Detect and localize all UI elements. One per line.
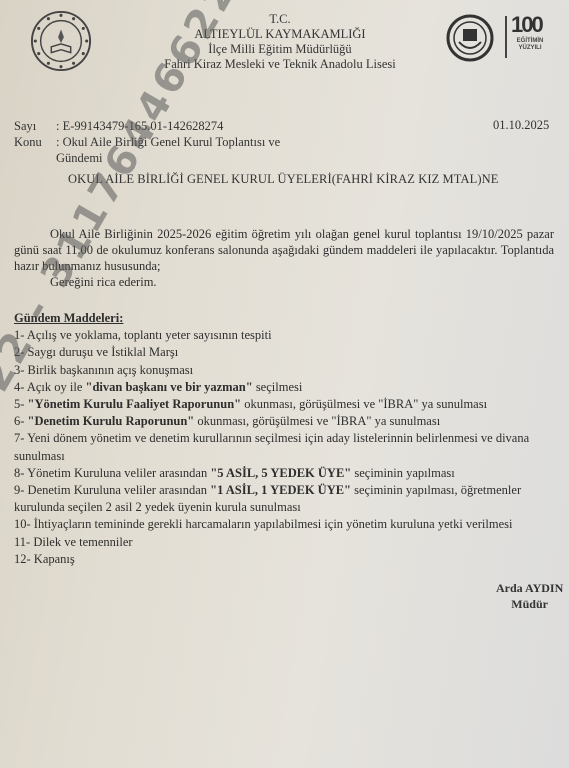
agenda-item: 9- Denetim Kuruluna veliler arasından "1… [14, 482, 559, 516]
agenda-item: 11- Dilek ve temenniler [14, 534, 559, 551]
agenda-list: Gündem Maddeleri: 1- Açılış ve yoklama, … [14, 310, 559, 568]
body-paragraph: Okul Aile Birliğinin 2025-2026 eğitim öğ… [14, 226, 554, 274]
logo-100-number: 100 [511, 12, 542, 38]
letter-date: 01.10.2025 [493, 118, 549, 133]
agenda-item: 7- Yeni dönem yönetim ve denetim kurulla… [14, 430, 559, 464]
agenda-item: 3- Birlik başkanının açış konuşması [14, 362, 559, 379]
official-letter: T.C. ALTIEYLÜL KAYMAKAMLIĞI İlçe Milli E… [0, 0, 569, 768]
okul-aile-birligi-emblem-icon [446, 14, 494, 62]
konu-label: Konu [14, 134, 56, 166]
agenda-item: 12- Kapanış [14, 551, 559, 568]
agenda-item: 1- Açılış ve yoklama, toplantı yeter say… [14, 327, 559, 344]
signatory-name: Arda AYDIN [496, 580, 563, 596]
letterhead: T.C. ALTIEYLÜL KAYMAKAMLIĞI İlçe Milli E… [130, 12, 430, 72]
egitimin-yuzyili-logo: 100 EĞİTİMİN YÜZYILI [505, 12, 553, 62]
sayi-value: : E-99143479-165.01-142628274 [56, 118, 326, 134]
signature-block: Arda AYDIN Müdür [496, 580, 563, 612]
agenda-item: 6- "Denetim Kurulu Raporunun" okunması, … [14, 413, 559, 430]
agenda-item: 2- Saygı duruşu ve İstiklal Marşı [14, 344, 559, 361]
agenda-item: 5- "Yönetim Kurulu Faaliyet Raporunun" o… [14, 396, 559, 413]
letterhead-mudurluk: İlçe Milli Eğitim Müdürlüğü [130, 42, 430, 57]
agenda-item: 10- İhtiyaçların temininde gerekli harca… [14, 516, 559, 533]
body-closing: Gereğini rica ederim. [14, 274, 554, 290]
sayi-label: Sayı [14, 118, 56, 134]
signatory-title: Müdür [496, 596, 563, 612]
letter-meta: Sayı : E-99143479-165.01-142628274 Konu … [14, 118, 326, 166]
recipient-line: OKUL AİLE BİRLİĞİ GENEL KURUL ÜYELERİ(FA… [68, 172, 499, 187]
agenda-item: 8- Yönetim Kuruluna veliler arasından "5… [14, 465, 559, 482]
letterhead-school: Fahri Kiraz Mesleki ve Teknik Anadolu Li… [130, 57, 430, 72]
konu-value: : Okul Aile Birliği Genel Kurul Toplantı… [56, 134, 326, 166]
letterhead-tc: T.C. [130, 12, 430, 27]
meb-emblem-icon [30, 10, 92, 72]
agenda-title: Gündem Maddeleri: [14, 310, 559, 327]
letter-body: Okul Aile Birliğinin 2025-2026 eğitim öğ… [14, 226, 554, 290]
letterhead-kaymakamlik: ALTIEYLÜL KAYMAKAMLIĞI [130, 27, 430, 42]
logo-100-caption: EĞİTİMİN YÜZYILI [513, 38, 547, 52]
agenda-item: 4- Açık oy ile "divan başkanı ve bir yaz… [14, 379, 559, 396]
